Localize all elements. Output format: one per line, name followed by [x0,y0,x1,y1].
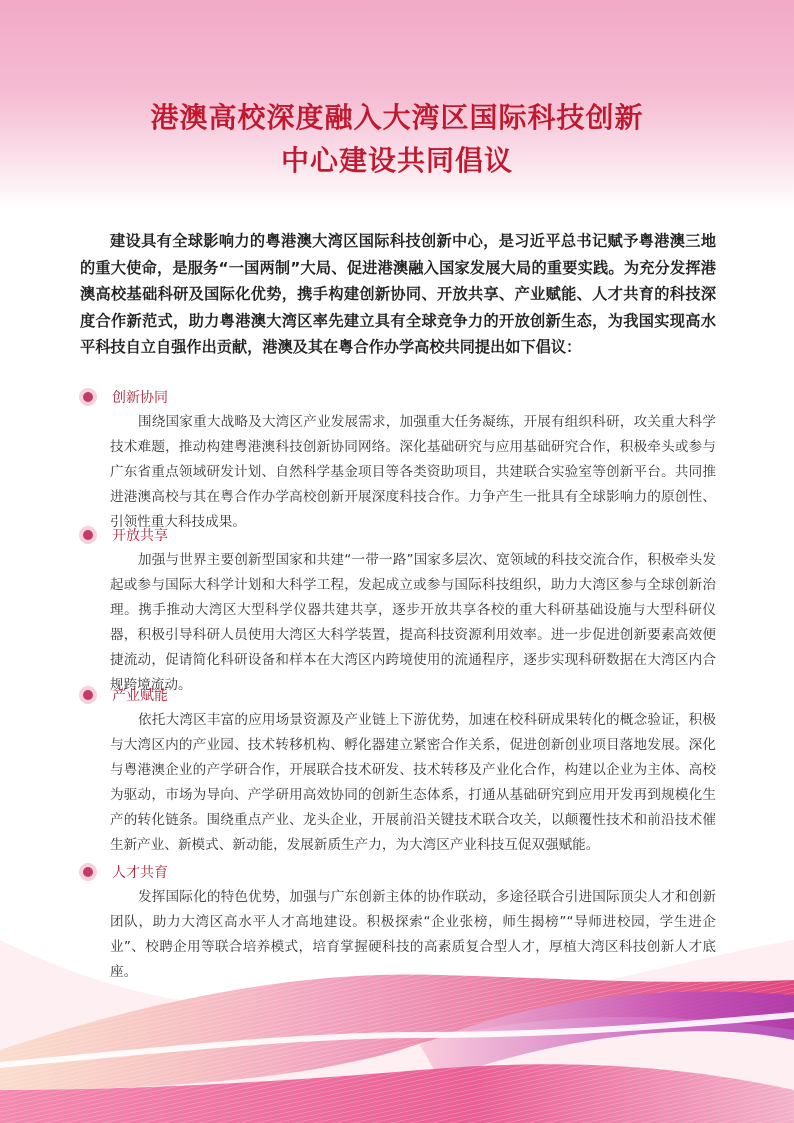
section-body: 加强与世界主要创新型国家和共建“一带一路”国家多层次、宽领域的科技交流合作，积极… [110,548,716,698]
title-line-1: 港澳高校深度融入大湾区国际科技创新 [0,96,794,139]
decorative-wave-graphic [0,940,794,1123]
bullet-dot-icon [83,867,93,877]
bullet-dot-icon [83,530,93,540]
section-heading: 创新协同 [78,386,718,408]
bullet-dot-icon [83,690,93,700]
section-title: 人才共育 [112,862,168,882]
section-body: 依托大湾区丰富的应用场景资源及产业链上下游优势，加速在校科研成果转化的概念验证，… [110,708,716,858]
section-title: 开放共享 [112,525,168,545]
section-open-sharing: 开放共享 加强与世界主要创新型国家和共建“一带一路”国家多层次、宽领域的科技交流… [78,524,718,698]
section-title: 产业赋能 [112,685,168,705]
title-line-2: 中心建设共同倡议 [0,139,794,182]
page-title: 港澳高校深度融入大湾区国际科技创新 中心建设共同倡议 [0,96,794,182]
section-title: 创新协同 [112,387,168,407]
section-heading: 开放共享 [78,524,718,546]
bullet-dot-icon [83,392,93,402]
section-heading: 人才共育 [78,861,718,883]
section-heading: 产业赋能 [78,684,718,706]
section-innovation-synergy: 创新协同 围绕国家重大战略及大湾区产业发展需求，加强重大任务凝练，开展有组织科研… [78,386,718,535]
section-industry-empowerment: 产业赋能 依托大湾区丰富的应用场景资源及产业链上下游优势，加速在校科研成果转化的… [78,684,718,858]
section-body: 围绕国家重大战略及大湾区产业发展需求，加强重大任务凝练，开展有组织科研，攻关重大… [110,410,716,535]
intro-paragraph: 建设具有全球影响力的粤港澳大湾区国际科技创新中心，是习近平总书记赋予粤港澳三地的… [80,228,716,361]
